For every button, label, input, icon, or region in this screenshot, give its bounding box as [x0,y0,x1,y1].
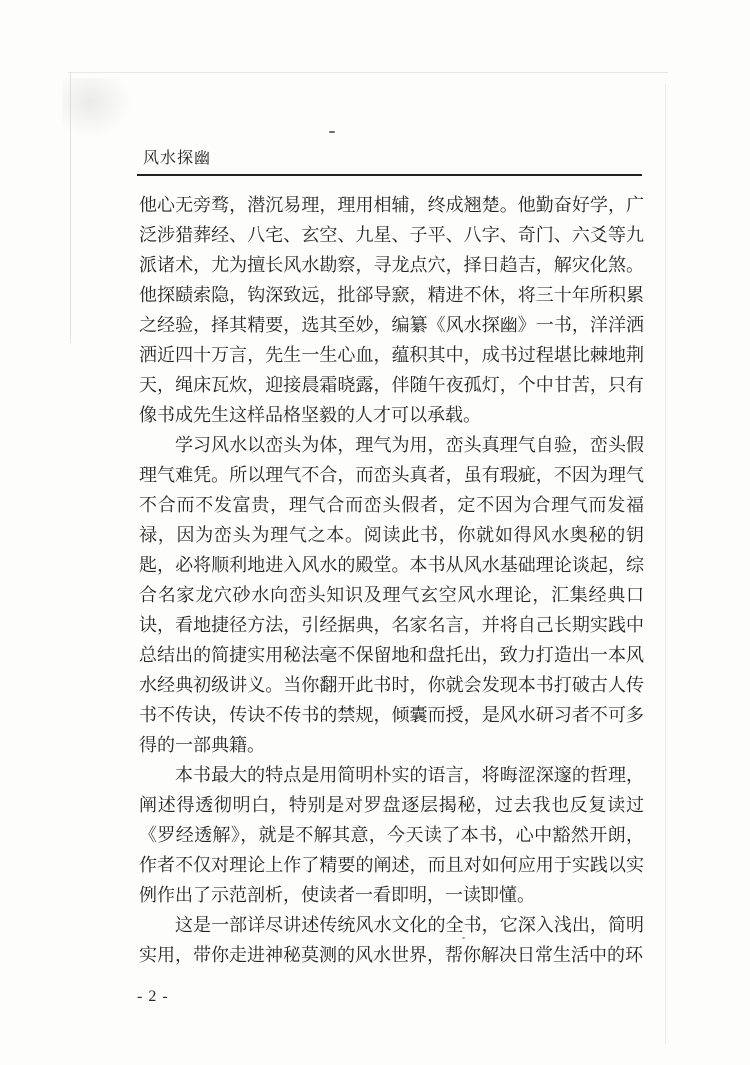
body-text: 他心无旁骛，潜沉易理，理用相辅，终成翘楚。他勤奋好学，广泛涉猎葬经、八宅、玄空、… [139,190,644,970]
running-title: 风水探幽 [143,149,211,169]
scanned-book-page: 风水探幽 他心无旁骛，潜沉易理，理用相辅，终成翘楚。他勤奋好学，广泛涉猎葬经、八… [0,0,750,1065]
body-paragraph: 他心无旁骛，潜沉易理，理用相辅，终成翘楚。他勤奋好学，广泛涉猎葬经、八宅、玄空、… [139,190,644,430]
body-paragraph: 这是一部详尽讲述传统风水文化的全书，它深入浅出，简明实用，带你走进神秘莫测的风水… [139,910,644,970]
page-number: - 2 - [137,988,169,1006]
scan-speck [329,131,335,133]
header-rule [137,174,642,176]
scan-edge-top [68,72,668,73]
scan-edge-right [665,84,666,1044]
scan-smudge [62,78,132,138]
body-paragraph: 学习风水以峦头为体，理气为用，峦头真理气自验，峦头假理气难凭。所以理气不合，而峦… [139,430,644,760]
body-paragraph: 本书最大的特点是用简明朴实的语言，将晦涩深邃的哲理，阐述得透彻明白，特别是对罗盘… [139,760,644,910]
